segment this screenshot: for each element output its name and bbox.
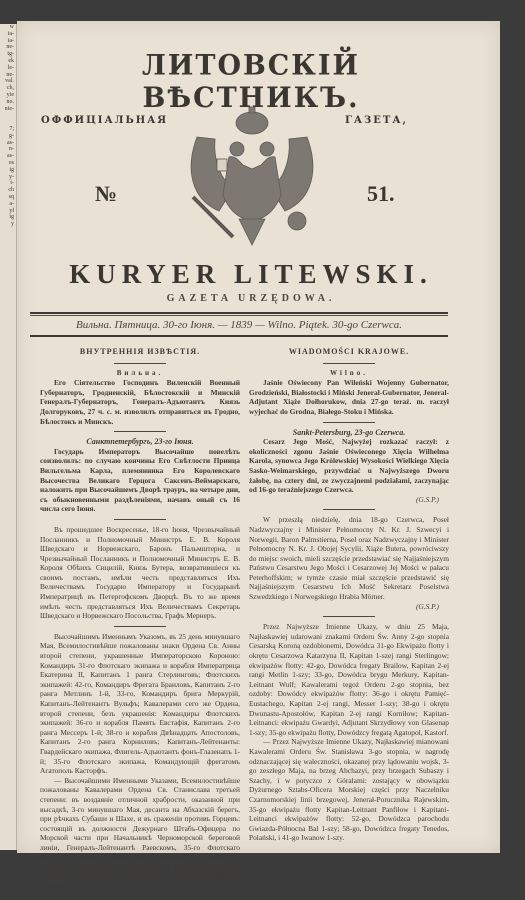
article-source: (G.S.P.) — [249, 602, 449, 612]
divider — [114, 519, 166, 520]
article-dateline: Sankt-Petersburg, 23-go Czerwca. — [249, 428, 449, 438]
article-text: W przeszłą niedzielę, dnia 18-go Czerwca… — [249, 515, 449, 601]
divider — [114, 431, 166, 432]
issue-number-value: 51. — [367, 181, 395, 207]
article-text: Przez Najwyższe Imienne Ukazy, w dniu 25… — [249, 622, 449, 737]
article-text: Въ прошедшее Воскресенье, 18-го Іюня, Чр… — [40, 525, 240, 621]
divider — [323, 363, 375, 364]
article-dateline: Wilno. — [249, 369, 449, 379]
divider — [114, 626, 166, 627]
masthead-subtitle-polish: GAZETA URZĘDOWA. — [31, 293, 471, 304]
gazeta-label-russian: ГАЗЕТА, — [345, 115, 408, 126]
divider — [114, 363, 166, 364]
article-text: — Высочайшими Именными Указами, Всемилос… — [40, 776, 240, 891]
dateline: Вильна. Пятница. 30-го Іюня. — 1839 — Wi… — [30, 319, 448, 331]
article-text: Jaśnie Oświecony Pan Wileński Wojenny Gu… — [249, 378, 449, 416]
double-headed-eagle-icon — [177, 99, 327, 249]
top-rule-divider-thin — [30, 315, 448, 316]
divider — [323, 616, 375, 617]
article-text: — Przez Najwyższe Imienne Ukazy, Najłask… — [249, 737, 449, 843]
issue-number-label: № — [95, 181, 117, 207]
article-text: Его Сіятельство Господинъ Виленскій Воен… — [40, 378, 240, 426]
section-title-polish: WIADOMOŚCI KRAJOWE. — [249, 347, 449, 357]
divider — [323, 422, 375, 423]
previous-page-edge: w ia- ia- ne- tg- ek le- ne- val. ch, yi… — [0, 24, 17, 850]
bottom-rule-divider — [30, 335, 448, 337]
masthead-title-polish: KURYER LITEWSKI. — [31, 259, 471, 290]
previous-page-text-fragments: w ia- ia- ne- tg- ek le- ne- val. ch, yi… — [0, 24, 16, 228]
article-text: Государь Императоръ Высочайше повелѣть с… — [40, 447, 240, 514]
top-rule-divider — [30, 312, 448, 314]
article-dateline: Вильна. — [40, 369, 240, 379]
official-label-russian: ОФФИЦІАЛЬНАЯ — [41, 115, 168, 126]
article-dateline: Санктпетербургъ, 23-го Іюня. — [40, 437, 240, 447]
article-source: (G.S.P.) — [249, 495, 449, 505]
divider — [323, 509, 375, 510]
article-text: Cesarz Jego Mość, Najwyżej rozkazać racz… — [249, 437, 449, 495]
section-title-russian: ВНУТРЕННІЯ ИЗВѢСТІЯ. — [40, 347, 240, 357]
left-column-russian: ВНУТРЕННІЯ ИЗВѢСТІЯ. Вильна. Его Сіятель… — [40, 347, 240, 891]
right-column-polish: WIADOMOŚCI KRAJOWE. Wilno. Jaśnie Oświec… — [249, 347, 449, 843]
article-text: Высочайшимъ Именнымъ Указомъ, въ 25 день… — [40, 632, 240, 776]
newspaper-page: ЛИТОВСКІЙ ВѢСТНИКЪ. ОФФИЦІАЛЬНАЯ ГАЗЕТА,… — [17, 21, 500, 853]
